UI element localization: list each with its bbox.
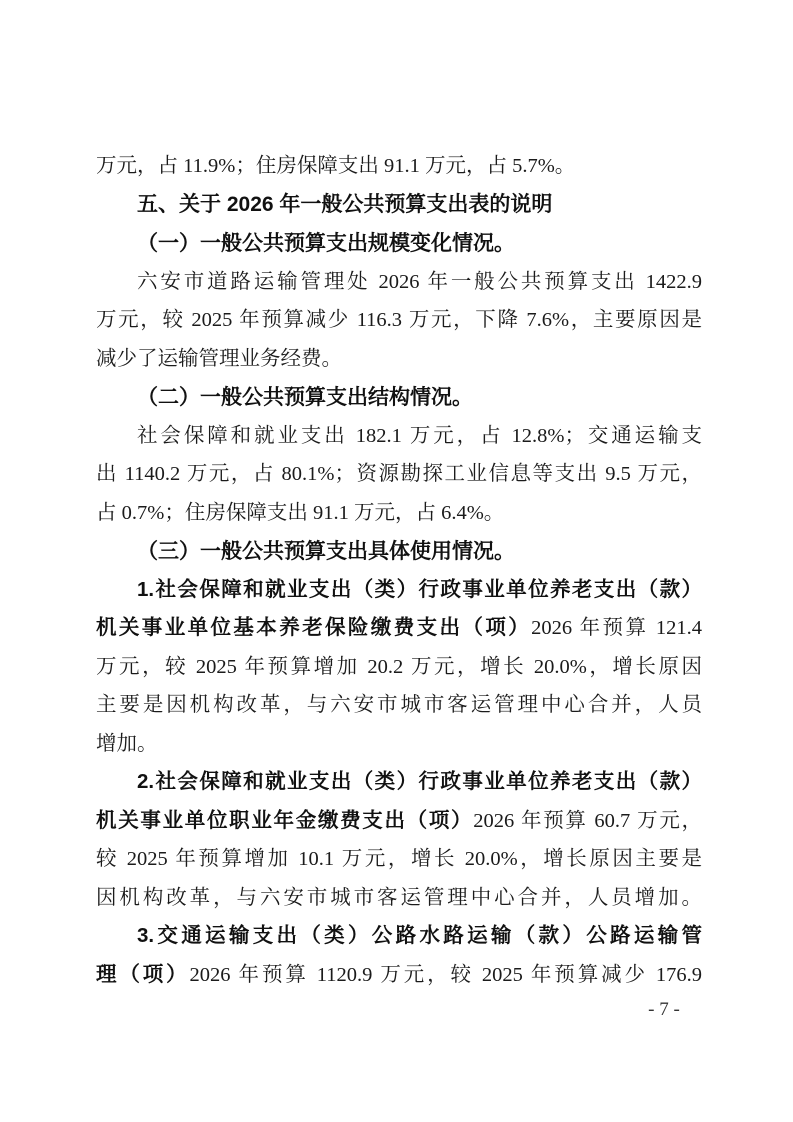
para-item2-line4: 因机构改革，与六安市城市客运管理中心合并，人员增加。 — [96, 879, 702, 918]
para-expenditure-structure-line3: 占 0.7%；住房保障支出 91.1 万元，占 6.4%。 — [96, 494, 702, 533]
text-segment: 增加。 — [96, 733, 158, 755]
bold-text-segment: 机关事业单位职业年金缴费支出（项） — [96, 809, 473, 832]
subheading-expenditure-detail: （三）一般公共预算支出具体使用情况。 — [96, 532, 702, 571]
para-item3-line2: 理（项）2026 年预算 1120.9 万元，较 2025 年预算减少 176.… — [96, 956, 702, 995]
bold-text-segment: 1.社会保障和就业支出（类）行政事业单位养老支出（款） — [137, 578, 702, 601]
para-housing-continuation: 万元，占 11.9%；住房保障支出 91.1 万元，占 5.7%。 — [96, 147, 702, 186]
bold-text-segment: 3.交通运输支出（类）公路水路运输（款）公路运输管 — [137, 924, 702, 947]
subheading-text: （三）一般公共预算支出具体使用情况。 — [137, 539, 515, 563]
page-number: - 7 - — [628, 998, 700, 1022]
para-expenditure-scale-line1: 六安市道路运输管理处 2026 年一般公共预算支出 1422.9 — [96, 263, 702, 302]
para-item3-line1: 3.交通运输支出（类）公路水路运输（款）公路运输管 — [96, 917, 702, 956]
heading-section-5: 五、关于 2026 年一般公共预算支出表的说明 — [96, 186, 702, 225]
subheading-text: （二）一般公共预算支出结构情况。 — [137, 385, 473, 409]
subheading-text: （一）一般公共预算支出规模变化情况。 — [137, 231, 515, 255]
text-segment: 2026 年预算 121.4 — [531, 617, 702, 639]
bold-text-segment: 理（项） — [96, 963, 190, 986]
heading-text: 五、关于 2026 年一般公共预算支出表的说明 — [137, 193, 552, 216]
text-segment: 主要是因机构改革，与六安市城市客运管理中心合并，人员 — [96, 694, 702, 716]
text-segment: 万元，较 2025 年预算减少 116.3 万元，下降 7.6%，主要原因是 — [96, 309, 702, 331]
text-segment: 占 0.7%；住房保障支出 91.1 万元，占 6.4%。 — [96, 502, 504, 524]
text-segment: 社会保障和就业支出 182.1 万元，占 12.8%；交通运输支 — [137, 425, 702, 447]
subheading-expenditure-structure: （二）一般公共预算支出结构情况。 — [96, 378, 702, 417]
text-segment: 因机构改革，与六安市城市客运管理中心合并，人员增加。 — [96, 887, 702, 909]
document-body: 万元，占 11.9%；住房保障支出 91.1 万元，占 5.7%。 五、关于 2… — [96, 147, 702, 994]
para-item1-line1: 1.社会保障和就业支出（类）行政事业单位养老支出（款） — [96, 571, 702, 610]
text-segment: 出 1140.2 万元，占 80.1%；资源勘探工业信息等支出 9.5 万元， — [96, 463, 702, 485]
text-segment: 较 2025 年预算增加 10.1 万元，增长 20.0%，增长原因主要是 — [96, 848, 702, 870]
text-segment: 2026 年预算 60.7 万元， — [473, 810, 702, 832]
text-segment: 六安市道路运输管理处 2026 年一般公共预算支出 1422.9 — [137, 271, 702, 293]
para-expenditure-structure-line1: 社会保障和就业支出 182.1 万元，占 12.8%；交通运输支 — [96, 417, 702, 456]
para-item1-line3: 万元，较 2025 年预算增加 20.2 万元，增长 20.0%，增长原因 — [96, 648, 702, 687]
para-item1-line5: 增加。 — [96, 725, 702, 764]
para-item1-line4: 主要是因机构改革，与六安市城市客运管理中心合并，人员 — [96, 686, 702, 725]
para-expenditure-scale-line3: 减少了运输管理业务经费。 — [96, 340, 702, 379]
bold-text-segment: 2.社会保障和就业支出（类）行政事业单位养老支出（款） — [137, 770, 702, 793]
text-segment: 减少了运输管理业务经费。 — [96, 348, 342, 370]
text-segment: 2026 年预算 1120.9 万元，较 2025 年预算减少 176.9 — [190, 964, 702, 986]
text-segment: 万元，占 11.9%；住房保障支出 91.1 万元，占 5.7%。 — [96, 155, 575, 177]
text-segment: 万元，较 2025 年预算增加 20.2 万元，增长 20.0%，增长原因 — [96, 656, 702, 678]
subheading-expenditure-scale: （一）一般公共预算支出规模变化情况。 — [96, 224, 702, 263]
document-page: 万元，占 11.9%；住房保障支出 91.1 万元，占 5.7%。 五、关于 2… — [0, 0, 793, 1122]
para-item2-line1: 2.社会保障和就业支出（类）行政事业单位养老支出（款） — [96, 763, 702, 802]
para-expenditure-structure-line2: 出 1140.2 万元，占 80.1%；资源勘探工业信息等支出 9.5 万元， — [96, 455, 702, 494]
bold-text-segment: 机关事业单位基本养老保险缴费支出（项） — [96, 616, 531, 639]
para-expenditure-scale-line2: 万元，较 2025 年预算减少 116.3 万元，下降 7.6%，主要原因是 — [96, 301, 702, 340]
para-item2-line3: 较 2025 年预算增加 10.1 万元，增长 20.0%，增长原因主要是 — [96, 840, 702, 879]
para-item1-line2: 机关事业单位基本养老保险缴费支出（项）2026 年预算 121.4 — [96, 609, 702, 648]
para-item2-line2: 机关事业单位职业年金缴费支出（项）2026 年预算 60.7 万元， — [96, 802, 702, 841]
